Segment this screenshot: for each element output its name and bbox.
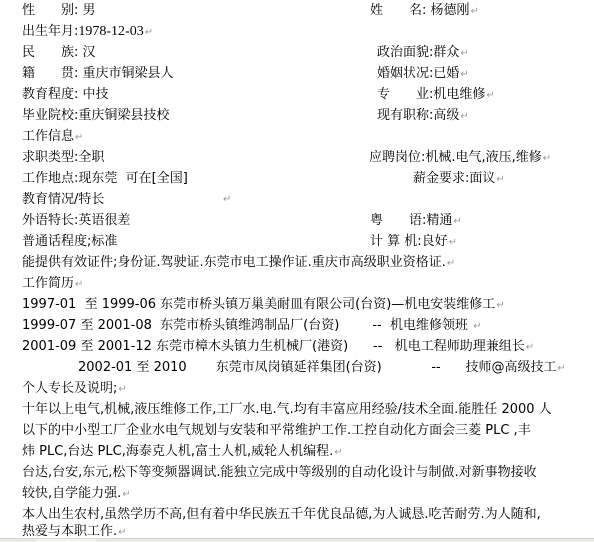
foreign-lang-field: 外语特长:英语很差 <box>22 210 130 231</box>
name-value: 杨德刚 <box>431 3 470 18</box>
paragraph-mark-icon: ↵ <box>496 300 504 311</box>
position-label: 应聘岗位: <box>369 150 425 165</box>
paragraph-mark-icon: ↵ <box>558 363 566 374</box>
foreign-lang-label: 外语特长: <box>22 213 78 228</box>
line-location-salary: 工作地点:现东莞 可在[全国] 薪金要求:面议↵ <box>0 168 594 189</box>
paragraph-mark-icon: ↵ <box>496 174 504 185</box>
political-value: 群众 <box>433 45 459 60</box>
history-entry: 1999-07 至 2001-08 东莞市桥头镇维鸿制品厂(台资) -- 机电维… <box>0 315 594 336</box>
personal-line-text: 台达,台安,东元,松下等变频器调试.能独立完成中等级别的自动化设计与制做.对新事… <box>22 462 537 483</box>
personal-line-text: 炜 PLC,台达 PLC,海泰克人机,富士人机,威轮人机编程.↵ <box>22 441 343 463</box>
foreign-lang-value: 英语很差 <box>78 213 130 228</box>
history-entry-text: 2001-09 至 2001-12 东莞市樟木头镇力生机械厂(港资) -- 机电… <box>22 336 534 358</box>
job-type-field: 求职类型:全职 <box>22 147 104 168</box>
paragraph-mark-icon: ↵ <box>473 321 481 332</box>
personal-line: 以下的中小型工厂企业水电气规划与安装和平常维护工作.工控自动化方面会三菱 PLC… <box>0 420 594 441</box>
native-place-value: 重庆市铜梁县人 <box>83 66 174 81</box>
history-entry-text: 1999-07 至 2001-08 东莞市桥头镇维鸿制品厂(台资) -- 机电维… <box>22 315 482 337</box>
history-entry: 1997-01 至 1999-06 东莞市桥头镇万巢美耐皿有限公司(台资)—机电… <box>0 294 594 315</box>
school-label: 毕业院校: <box>22 108 78 123</box>
personal-line: 炜 PLC,台达 PLC,海泰克人机,富士人机,威轮人机编程.↵ <box>0 441 594 462</box>
certificates-text: 能提供有效证件;身份证.驾驶证.东莞市电工操作证.重庆市高级职业资格证.↵ <box>22 252 455 274</box>
school-field: 毕业院校:重庆铜梁县技校 <box>22 105 169 126</box>
title-value: 高级 <box>433 108 459 123</box>
line-certificates: 能提供有效证件;身份证.驾驶证.东莞市电工操作证.重庆市高级职业资格证.↵ <box>0 252 594 273</box>
personal-line-3: 炜 PLC,台达 PLC,海泰克人机,富士人机,威轮人机编程. <box>22 444 333 459</box>
major-field: 专 业:机电维修↵ <box>377 84 495 106</box>
cantonese-field: 粤 语:精通↵ <box>370 210 462 232</box>
paragraph-mark-icon: ↵ <box>118 384 126 395</box>
personal-line-5: 较快,自学能力强. <box>22 486 121 501</box>
line-skills-heading: 教育情况/特长 ↵ <box>0 189 594 210</box>
name-field: 姓 名: 杨德刚↵ <box>370 0 479 22</box>
computer-value: 良好 <box>422 234 448 249</box>
personal-line-text: 十年以上电气,机械,液压维修工作,工厂水.电.气.均有丰富应用经验/技术全面.能… <box>22 399 552 420</box>
certificates-value: 能提供有效证件;身份证.驾驶证.东莞市电工操作证.重庆市高级职业资格证. <box>22 255 446 270</box>
job-type-label: 求职类型: <box>22 150 78 165</box>
line-mandarin-computer: 普通话程度;标准 计 算 机:良好↵ <box>0 231 594 252</box>
line-personal-heading: 个人专长及说明;↵ <box>0 378 594 399</box>
paragraph-mark-icon: ↵ <box>453 216 461 227</box>
personal-heading-text: 个人专长及说明; <box>22 381 117 396</box>
paragraph-mark-icon: ↵ <box>449 237 457 248</box>
personal-heading: 个人专长及说明;↵ <box>22 378 127 400</box>
salary-value: 面议 <box>469 171 495 186</box>
marital-value: 已婚 <box>433 66 459 81</box>
birth-value: 1978-12-03 <box>78 24 143 39</box>
horizontal-scrollbar[interactable] <box>0 538 594 542</box>
line-birth: 出生年月:1978-12-03↵ <box>0 21 594 42</box>
paragraph-mark-icon: ↵ <box>460 111 468 122</box>
paragraph-mark-icon: ↵ <box>471 6 479 17</box>
personal-line-7: 热爱与本职工作. <box>22 524 117 539</box>
line-education-major: 教育程度: 中技 专 业:机电维修↵ <box>0 84 594 105</box>
political-label: 政治面貌: <box>377 45 433 60</box>
paragraph-mark-icon: ↵ <box>460 48 468 59</box>
education-value: 中技 <box>83 87 109 102</box>
history-entry-2: 1999-07 至 2001-08 东莞市桥头镇维鸿制品厂(台资) -- 机电维… <box>22 318 472 333</box>
history-entry-text: 2002-01 至 2010 东莞市凤岗镇延祥集团(台资) -- 技师@高级技工… <box>78 357 566 379</box>
history-entry-3: 2001-09 至 2001-12 东莞市樟木头镇力生机械厂(港资) -- 机电… <box>22 339 525 354</box>
gender-value: 男 <box>83 3 96 18</box>
history-entry-text: 1997-01 至 1999-06 东莞市桥头镇万巢美耐皿有限公司(台资)—机电… <box>22 294 505 316</box>
personal-line-text: 本人出生农村,虽然学历不高,但有着中华民族五千年优良品德,为人诚恳.吃苦耐劳.为… <box>22 504 541 525</box>
paragraph-mark-icon: ↵ <box>543 153 551 164</box>
location-value: 现东莞 可在[全国] <box>78 171 187 186</box>
line-native-marital: 籍 贯: 重庆市铜梁县人 婚姻状况:已婚↵ <box>0 63 594 84</box>
history-heading-text: 工作简历 <box>22 276 74 291</box>
personal-line-text: 较快,自学能力强.↵ <box>22 483 131 505</box>
position-field: 应聘岗位:机械.电气,液压,维修↵ <box>369 147 551 169</box>
gender-label: 性 别: <box>22 3 78 18</box>
school-value: 重庆铜梁县技校 <box>78 108 169 123</box>
education-field: 教育程度: 中技 <box>22 84 109 105</box>
personal-line: 本人出生农村,虽然学历不高,但有着中华民族五千年优良品德,为人诚恳.吃苦耐劳.为… <box>0 504 594 525</box>
resume-document: 性 别: 男 姓 名: 杨德刚↵ 出生年月:1978-12-03↵ 民 族: 汉… <box>0 0 594 538</box>
line-work-info-heading: 工作信息↵ <box>0 126 594 147</box>
native-place-label: 籍 贯: <box>22 66 78 81</box>
paragraph-mark-icon: ↵ <box>122 489 130 500</box>
paragraph-mark-icon: ↵ <box>75 279 83 290</box>
personal-line-text: 以下的中小型工厂企业水电气规划与安装和平常维护工作.工控自动化方面会三菱 PLC… <box>22 420 531 441</box>
paragraph-mark-icon: ↵ <box>75 132 83 143</box>
cantonese-label: 粤 语: <box>370 213 426 228</box>
work-info-heading-text: 工作信息 <box>22 129 74 144</box>
marital-field: 婚姻状况:已婚↵ <box>377 63 469 85</box>
location-label: 工作地点: <box>22 171 78 186</box>
work-info-heading: 工作信息↵ <box>22 126 83 148</box>
line-gender-name: 性 别: 男 姓 名: 杨德刚↵ <box>0 0 594 21</box>
job-type-value: 全职 <box>78 150 104 165</box>
paragraph-mark-icon: ↵ <box>334 447 342 458</box>
ethnicity-label: 民 族: <box>22 45 78 60</box>
line-lang-cantonese: 外语特长:英语很差 粤 语:精通↵ <box>0 210 594 231</box>
education-label: 教育程度: <box>22 87 78 102</box>
personal-line: 十年以上电气,机械,液压维修工作,工厂水.电.气.均有丰富应用经验/技术全面.能… <box>0 399 594 420</box>
paragraph-mark-icon: ↵ <box>223 189 231 210</box>
history-entry-4: 2002-01 至 2010 东莞市凤岗镇延祥集团(台资) -- 技师@高级技工 <box>78 360 557 375</box>
history-heading: 工作简历↵ <box>22 273 83 295</box>
salary-field: 薪金要求:面议↵ <box>413 168 505 190</box>
mandarin-field: 普通话程度;标准 <box>22 231 117 252</box>
title-field: 现有职称:高级↵ <box>377 105 469 127</box>
birth-field: 出生年月:1978-12-03↵ <box>22 21 153 43</box>
paragraph-mark-icon: ↵ <box>118 527 126 538</box>
line-jobtype-position: 求职类型:全职 应聘岗位:机械.电气,液压,维修↵ <box>0 147 594 168</box>
skills-heading: 教育情况/特长 <box>22 189 104 210</box>
birth-label: 出生年月: <box>22 24 78 39</box>
computer-label: 计 算 机: <box>370 234 422 249</box>
major-value: 机电维修 <box>433 87 485 102</box>
mandarin-value: 标准 <box>91 234 117 249</box>
paragraph-mark-icon: ↵ <box>460 69 468 80</box>
history-entry-1: 1997-01 至 1999-06 东莞市桥头镇万巢美耐皿有限公司(台资)—机电… <box>22 297 495 312</box>
marital-label: 婚姻状况: <box>377 66 433 81</box>
major-label: 专 业: <box>377 87 433 102</box>
personal-line: 热爱与本职工作.↵ <box>0 525 594 539</box>
line-school-title: 毕业院校:重庆铜梁县技校 现有职称:高级↵ <box>0 105 594 126</box>
computer-field: 计 算 机:良好↵ <box>370 231 457 253</box>
paragraph-mark-icon: ↵ <box>486 90 494 101</box>
paragraph-mark-icon: ↵ <box>145 27 153 38</box>
line-history-heading: 工作简历↵ <box>0 273 594 294</box>
salary-label: 薪金要求: <box>413 171 469 186</box>
history-entry: 2001-09 至 2001-12 东莞市樟木头镇力生机械厂(港资) -- 机电… <box>0 336 594 357</box>
mandarin-label: 普通话程度; <box>22 234 91 249</box>
ethnicity-field: 民 族: 汉 <box>22 42 96 63</box>
location-field: 工作地点:现东莞 可在[全国] <box>22 168 188 189</box>
personal-line: 较快,自学能力强.↵ <box>0 483 594 504</box>
cantonese-value: 精通 <box>426 213 452 228</box>
position-value: 机械.电气,液压,维修 <box>425 150 541 165</box>
name-label: 姓 名: <box>370 3 426 18</box>
title-label: 现有职称: <box>377 108 433 123</box>
personal-line: 台达,台安,东元,松下等变频器调试.能独立完成中等级别的自动化设计与制做.对新事… <box>0 462 594 483</box>
paragraph-mark-icon: ↵ <box>447 258 455 269</box>
political-field: 政治面貌:群众↵ <box>377 42 469 64</box>
ethnicity-value: 汉 <box>83 45 96 60</box>
native-place-field: 籍 贯: 重庆市铜梁县人 <box>22 63 174 84</box>
history-entry: 2002-01 至 2010 东莞市凤岗镇延祥集团(台资) -- 技师@高级技工… <box>0 357 594 378</box>
paragraph-mark-icon: ↵ <box>526 342 534 353</box>
gender-field: 性 别: 男 <box>22 0 96 21</box>
line-ethnicity-political: 民 族: 汉 政治面貌:群众↵ <box>0 42 594 63</box>
